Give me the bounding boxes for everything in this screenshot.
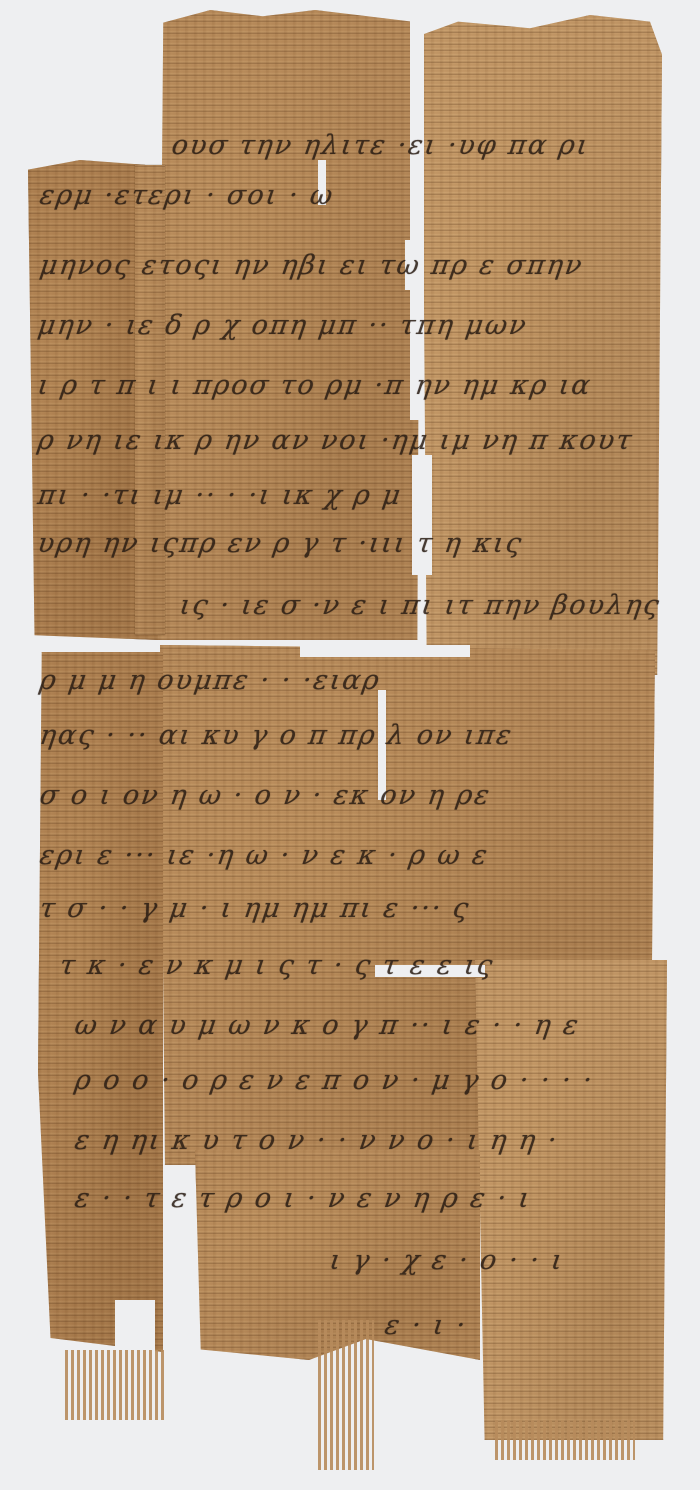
script-line-19: ε · · τ ε τ ρ ο ι · ν ε ν η ρ ε · ι bbox=[73, 1183, 534, 1214]
script-line-13: ερι ε ··· ιε ·η ω · ν ε κ · ρ ω ε bbox=[38, 840, 491, 871]
script-line-3: μηνος ετοςι ην ηβι ει τω πρ ε σπην bbox=[38, 250, 586, 281]
script-line-11: ηας · ·· αι κυ γ ο π πρ λ ον ιπε bbox=[38, 720, 515, 751]
script-line-17: ρ ο ο · ο ρ ε ν ε π ο ν · μ γ ο · · · · bbox=[73, 1065, 596, 1096]
papyrus-gap-bottom-void bbox=[385, 1420, 480, 1490]
papyrus-gap-vertical-top bbox=[410, 20, 424, 420]
papyrus-gap-horizontal-middle bbox=[300, 645, 470, 657]
script-line-5: ι ρ τ π ι ι προσ το ρμ ·π ην ημ κρ ια bbox=[36, 370, 594, 401]
script-line-2: ερμ ·ετερι · σοι · ω bbox=[38, 180, 337, 211]
script-line-14: τ σ · · γ μ · ι ημ ημ πι ε ··· ς bbox=[38, 893, 472, 924]
script-line-1: ουσ την ηλιτε ·ει ·υφ πα ρι bbox=[170, 130, 592, 161]
script-line-6: ρ νη ιε ικ ρ ην αν νοι ·ημ ιμ νη π κουτ bbox=[36, 425, 636, 456]
script-line-12: σ ο ι ον η ω · ο ν · εκ ον η ρε bbox=[38, 780, 493, 811]
script-line-10: ρ μ μ η ουμπε · · ·ειαρ bbox=[38, 665, 383, 696]
script-line-15: τ κ · ε ν κ μ ι ς τ · ς τ ε ε ις bbox=[58, 950, 496, 981]
script-line-4: μην · ιε δ ρ χ οπη μπ ·· τπη μων bbox=[36, 310, 530, 341]
script-line-9: ις · ιε σ ·ν ε ι πι ιτ πην βουλης bbox=[178, 590, 663, 621]
papyrus-fiber-tail-right bbox=[495, 1420, 635, 1460]
script-line-8: υρη ην ιςπρ εν ρ γ τ ·ιιι τ η κις bbox=[36, 528, 525, 559]
papyrus-photograph: ουσ την ηλιτε ·ει ·υφ πα ρι ερμ ·ετερι ·… bbox=[0, 0, 700, 1490]
script-line-21: ε · ι · bbox=[383, 1310, 469, 1341]
script-line-7: πι · ·τι ιμ ·· · ·ι ικ χ ρ μ bbox=[36, 480, 404, 511]
papyrus-fragment-left-lower bbox=[38, 652, 163, 1352]
script-line-20: ι γ · χ ε · ο · · ι bbox=[328, 1245, 566, 1276]
papyrus-fragment-top-right bbox=[422, 15, 662, 675]
papyrus-fiber-tail-center bbox=[318, 1320, 374, 1470]
papyrus-fiber-tail-left bbox=[65, 1350, 165, 1420]
script-line-18: ε η ηι κ υ τ ο ν · · ν ν ο · ι η η · bbox=[73, 1125, 561, 1156]
script-line-16: ω ν α υ μ ω ν κ ο γ π ·· ι ε · · η ε bbox=[73, 1010, 582, 1041]
